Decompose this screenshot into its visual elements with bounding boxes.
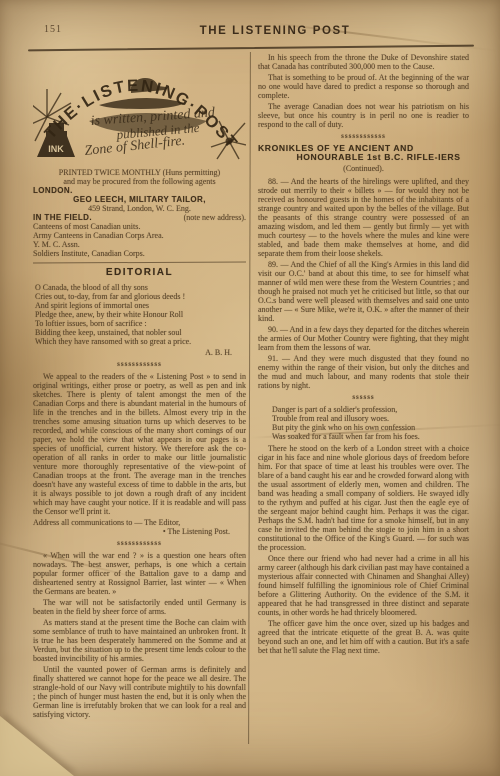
editorial-paragraph: We appeal to the readers of the « Listen… bbox=[33, 372, 246, 516]
poem-line: Trouble from real and illusory woes. bbox=[272, 414, 469, 423]
kronikles-verse: 90. — And in a few days they departed fo… bbox=[258, 325, 469, 352]
poem-line: Cries out, to-day, from far and glorious… bbox=[35, 292, 246, 301]
page-number: 151 bbox=[44, 24, 62, 35]
squiggle-separator: ssssss bbox=[258, 393, 469, 402]
imprint-field-line: Canteens of most Canadian units. bbox=[33, 222, 246, 231]
poem-line: Danger is part of a soldier's profession… bbox=[272, 405, 469, 414]
poem-line: To loftier issues, born of sacrifice : bbox=[35, 319, 246, 328]
imprint-line: and may be procured from the following a… bbox=[33, 177, 246, 186]
imprint-field-label: IN THE FIELD. bbox=[33, 213, 92, 222]
poem-line: Was soaked for a fault when far from his… bbox=[272, 432, 469, 441]
poem-line: But pity the gink who on his own confess… bbox=[272, 423, 469, 432]
article-paragraph: Once there our friend who had never had … bbox=[258, 554, 469, 617]
kronikles-heading-line2: HONOURABLE 1st B.C. RIFLE-IERS bbox=[258, 153, 469, 162]
imprint-line: PRINTED TWICE MONTHLY (Huns permitting) bbox=[33, 168, 246, 177]
editorial-paragraph: « When will the war end ? » is a questio… bbox=[33, 551, 246, 596]
imprint-block: PRINTED TWICE MONTHLY (Huns permitting) … bbox=[33, 168, 246, 258]
right-column: In his speech from the throne the Duke o… bbox=[258, 53, 469, 657]
header-rule bbox=[28, 45, 474, 52]
editorial-paragraph: The war will not be satisfactorily ended… bbox=[33, 598, 246, 616]
imprint-field-line: Y. M. C. Assn. bbox=[33, 240, 246, 249]
section-rule bbox=[33, 261, 246, 263]
column-divider bbox=[248, 52, 251, 744]
squiggle-separator: ssssssssssss bbox=[258, 132, 469, 141]
article-paragraph: The officer gave him the once over, size… bbox=[258, 619, 469, 655]
poem-line: And spirit legions of immortal ones bbox=[35, 301, 246, 310]
imprint-field-line: Army Canteens in Canadian Corps Area. bbox=[33, 231, 246, 240]
kronikles-verse: 91. — And they were much disgusted that … bbox=[258, 354, 469, 390]
kronikles-verse: 88. — And the hearts of the hirelings we… bbox=[258, 177, 469, 258]
article-paragraph: There he stood on the kerb of a London s… bbox=[258, 444, 469, 552]
editorial-poem: O Canada, the blood of all thy sons Crie… bbox=[35, 283, 246, 346]
left-column: INK THE·LISTENING·POST is written, print… bbox=[33, 55, 246, 721]
article-paragraph: That is something to be proud of. At the… bbox=[258, 73, 469, 100]
address-line: Address all communications to — The Edit… bbox=[33, 518, 246, 527]
ink-label: INK bbox=[48, 144, 64, 154]
article-paragraph: In his speech from the throne the Duke o… bbox=[258, 53, 469, 71]
masthead-logo: INK THE·LISTENING·POST is written, print… bbox=[33, 55, 246, 165]
soldier-poem: Danger is part of a soldier's profession… bbox=[272, 405, 469, 441]
imprint-field-line: Soldiers Institute, Canadian Corps. bbox=[33, 249, 246, 258]
corner-fold bbox=[0, 716, 74, 776]
editorial-heading: EDITORIAL bbox=[33, 268, 246, 277]
article-paragraph: The average Canadian does not wear his p… bbox=[258, 102, 469, 129]
continued-note: (Continued). bbox=[258, 164, 469, 173]
squiggle-separator: ssssssssssss bbox=[33, 360, 246, 369]
kronikles-heading: KRONIKLES OF YE ANCIENT AND HONOURABLE 1… bbox=[258, 144, 469, 162]
poem-line: Which they have ransomed with so great a… bbox=[35, 337, 246, 346]
imprint-london-label: LONDON. bbox=[33, 186, 246, 195]
editorial-paragraph: Until the vaunted power of German arms i… bbox=[33, 665, 246, 719]
poem-line: Pledge thee, anew, by their white Honour… bbox=[35, 310, 246, 319]
kronikles-verse: 89. — And the Chief of all the King's Ar… bbox=[258, 260, 469, 323]
imprint-tailor-note: (note new address). bbox=[184, 213, 246, 222]
squiggle-separator: ssssssssssss bbox=[33, 539, 246, 548]
editorial-paragraph: As matters stand at the present time the… bbox=[33, 618, 246, 663]
imprint-tailor-address: 459 Strand, London, W. C. Eng. bbox=[33, 204, 246, 213]
poem-line: O Canada, the blood of all thy sons bbox=[35, 283, 246, 292]
poem-signature: A. B. H. bbox=[33, 348, 246, 357]
imprint-tailor-name: GEO LEECH, MILITARY TAILOR, bbox=[33, 195, 246, 204]
poem-line: Bidding thee keep, unstained, that noble… bbox=[35, 328, 246, 337]
address-line: • The Listening Post. bbox=[33, 527, 246, 536]
page-title: THE LISTENING POST bbox=[70, 25, 480, 37]
